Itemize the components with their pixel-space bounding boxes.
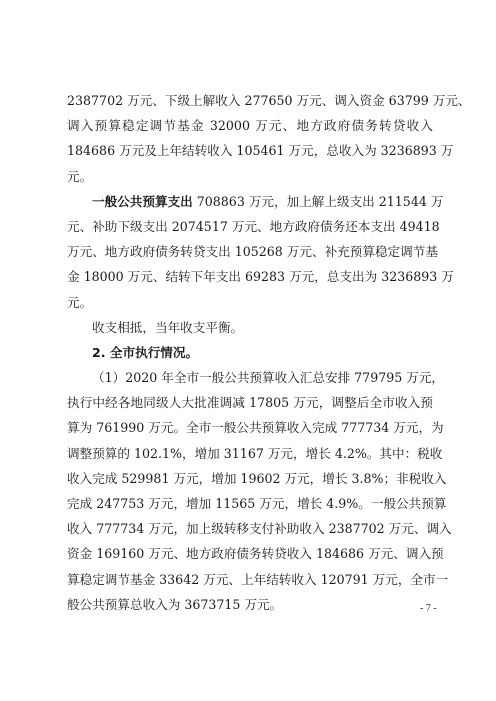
text-line: 算为 761990 万元。全市一般公共预算收入完成 777734 万元，为 xyxy=(67,415,433,440)
expenditure-paragraph-start: 一般公共预算支出 708863 万元，加上解上级支出 211544 万 xyxy=(67,189,433,214)
text-line: （1）2020 年全市一般公共预算收入汇总安排 779795 万元， xyxy=(67,365,433,390)
text-line: 资金 169160 万元、地方政府债务转贷收入 184686 万元、调入预 xyxy=(67,541,433,566)
text-line: 般公共预算总收入为 3673715 万元。 xyxy=(67,592,433,617)
text-line: 算稳定调节基金 33642 万元、上年结转收入 120791 万元，全市一 xyxy=(67,567,433,592)
section-heading-expenditure: 一般公共预算支出 xyxy=(92,194,193,209)
text-line: 万元、地方政府债务转贷支出 105268 万元、补充预算稳定调节基 xyxy=(67,239,433,264)
text-line: 收入 777734 万元，加上级转移支付补助收入 2387702 万元、调入 xyxy=(67,516,433,541)
text-line: 2387702 万元、下级上解收入 277650 万元、调入资金 63799 万… xyxy=(67,88,433,113)
section-heading-citywide: 2. 全市执行情况。 xyxy=(67,340,433,365)
text-line: 184686 万元及上年结转收入 105461 万元，总收入为 3236893 … xyxy=(67,138,433,163)
text-line: 收入完成 529981 万元，增加 19602 万元，增长 3.8%；非税收入 xyxy=(67,466,433,491)
text-line: 调入预算稳定调节基金 32000 万元、地方政府债务转贷收入 xyxy=(67,113,433,138)
document-page: 2387702 万元、下级上解收入 277650 万元、调入资金 63799 万… xyxy=(67,88,433,617)
text-line: 完成 247753 万元，增加 11565 万元，增长 4.9%。一般公共预算 xyxy=(67,491,433,516)
text-line: 元。 xyxy=(67,164,433,189)
text-line: 调整预算的 102.1%，增加 31167 万元，增长 4.2%。其中：税收 xyxy=(67,441,433,466)
text-line: 金 18000 万元、结转下年支出 69283 万元，总支出为 3236893 … xyxy=(67,264,433,289)
page-number: - 7 - xyxy=(420,603,437,614)
text-line: 元、补助下级支出 2074517 万元、地方政府债务还本支出 49418 xyxy=(67,214,433,239)
text-line: 执行中经各地同级人大批准调减 17805 万元，调整后全市收入预 xyxy=(67,390,433,415)
balance-statement: 收支相抵，当年收支平衡。 xyxy=(67,315,433,340)
text-line: 元。 xyxy=(67,290,433,315)
